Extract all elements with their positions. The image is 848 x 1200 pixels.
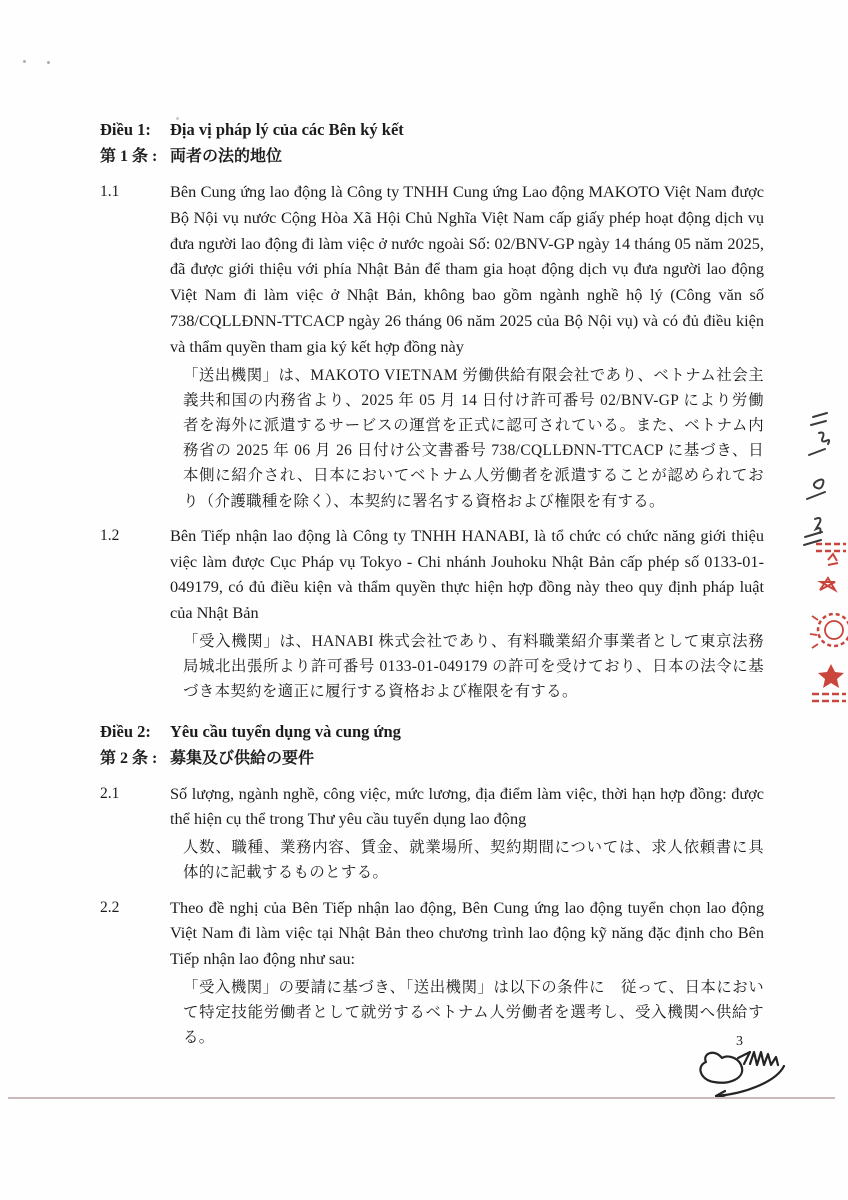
clause-text-vi: Theo đề nghị của Bên Tiếp nhận lao động,… — [170, 895, 764, 972]
contract-body: Điều 1: Địa vị pháp lý của các Bên ký kế… — [100, 116, 764, 1051]
clause-text-vi: Số lượng, ngành nghề, công việc, mức lươ… — [170, 781, 764, 833]
section-article-1: Điều 1: Địa vị pháp lý của các Bên ký kế… — [100, 116, 764, 705]
clause-text-ja: 人数、職種、業務内容、賃金、就業場所、契約期間については、求人依頼書に具体的に記… — [170, 835, 764, 885]
edge-handwriting-marks — [795, 403, 848, 558]
clause-2-1: 2.1 Số lượng, ngành nghề, công việc, mức… — [100, 781, 764, 886]
document-page: Điều 1: Địa vị pháp lý của các Bên ký kế… — [0, 0, 848, 1200]
clause-2-2: 2.2 Theo đề nghị của Bên Tiếp nhận lao đ… — [100, 895, 764, 1051]
edge-seal-stamp — [798, 538, 848, 710]
article-2-heading-ja: 第 2 条 : 募集及び供給の要件 — [100, 745, 764, 772]
article-1-label-vi: Điều 1: — [100, 116, 170, 143]
clause-number: 1.1 — [100, 179, 170, 514]
clause-body: Theo đề nghị của Bên Tiếp nhận lao động,… — [170, 895, 764, 1051]
article-2-title-ja: 募集及び供給の要件 — [170, 745, 314, 772]
clause-body: Số lượng, ngành nghề, công việc, mức lươ… — [170, 781, 764, 886]
scan-speck — [23, 60, 26, 63]
article-1-label-ja: 第 1 条 : — [100, 143, 170, 170]
clause-1-2: 1.2 Bên Tiếp nhận lao động là Công ty TN… — [100, 523, 764, 705]
clause-text-ja: 「受入機関」は、HANABI 株式会社であり、有料職業紹介事業者として東京法務局… — [170, 629, 764, 705]
article-1-heading-ja: 第 1 条 : 両者の法的地位 — [100, 143, 764, 170]
article-2-title-vi: Yêu cầu tuyển dụng và cung ứng — [170, 718, 401, 745]
clause-1-1: 1.1 Bên Cung ứng lao động là Công ty TNH… — [100, 179, 764, 514]
clause-number: 2.2 — [100, 895, 170, 1051]
article-2-label-vi: Điều 2: — [100, 718, 170, 745]
footer-scan-line — [8, 1097, 835, 1099]
clause-number: 1.2 — [100, 523, 170, 705]
clause-body: Bên Cung ứng lao động là Công ty TNHH Cu… — [170, 179, 764, 514]
article-2-heading-vi: Điều 2: Yêu cầu tuyển dụng và cung ứng — [100, 718, 764, 745]
clause-number: 2.1 — [100, 781, 170, 886]
clause-text-vi: Bên Cung ứng lao động là Công ty TNHH Cu… — [170, 179, 764, 360]
section-article-2: Điều 2: Yêu cầu tuyển dụng và cung ứng 第… — [100, 718, 764, 1051]
scan-speck — [47, 61, 50, 64]
clause-body: Bên Tiếp nhận lao động là Công ty TNHH H… — [170, 523, 764, 705]
article-1-heading-vi: Điều 1: Địa vị pháp lý của các Bên ký kế… — [100, 116, 764, 143]
article-2-label-ja: 第 2 条 : — [100, 745, 170, 772]
clause-text-ja: 「送出機関」は、MAKOTO VIETNAM 労働供給有限会社であり、ベトナム社… — [170, 363, 764, 514]
clause-text-vi: Bên Tiếp nhận lao động là Công ty TNHH H… — [170, 523, 764, 626]
article-1-title-ja: 両者の法的地位 — [170, 143, 282, 170]
article-1-title-vi: Địa vị pháp lý của các Bên ký kết — [170, 116, 404, 143]
clause-text-ja: 「受入機関」の要請に基づき、「送出機関」は以下の条件に 従って、日本において特定… — [170, 975, 764, 1051]
